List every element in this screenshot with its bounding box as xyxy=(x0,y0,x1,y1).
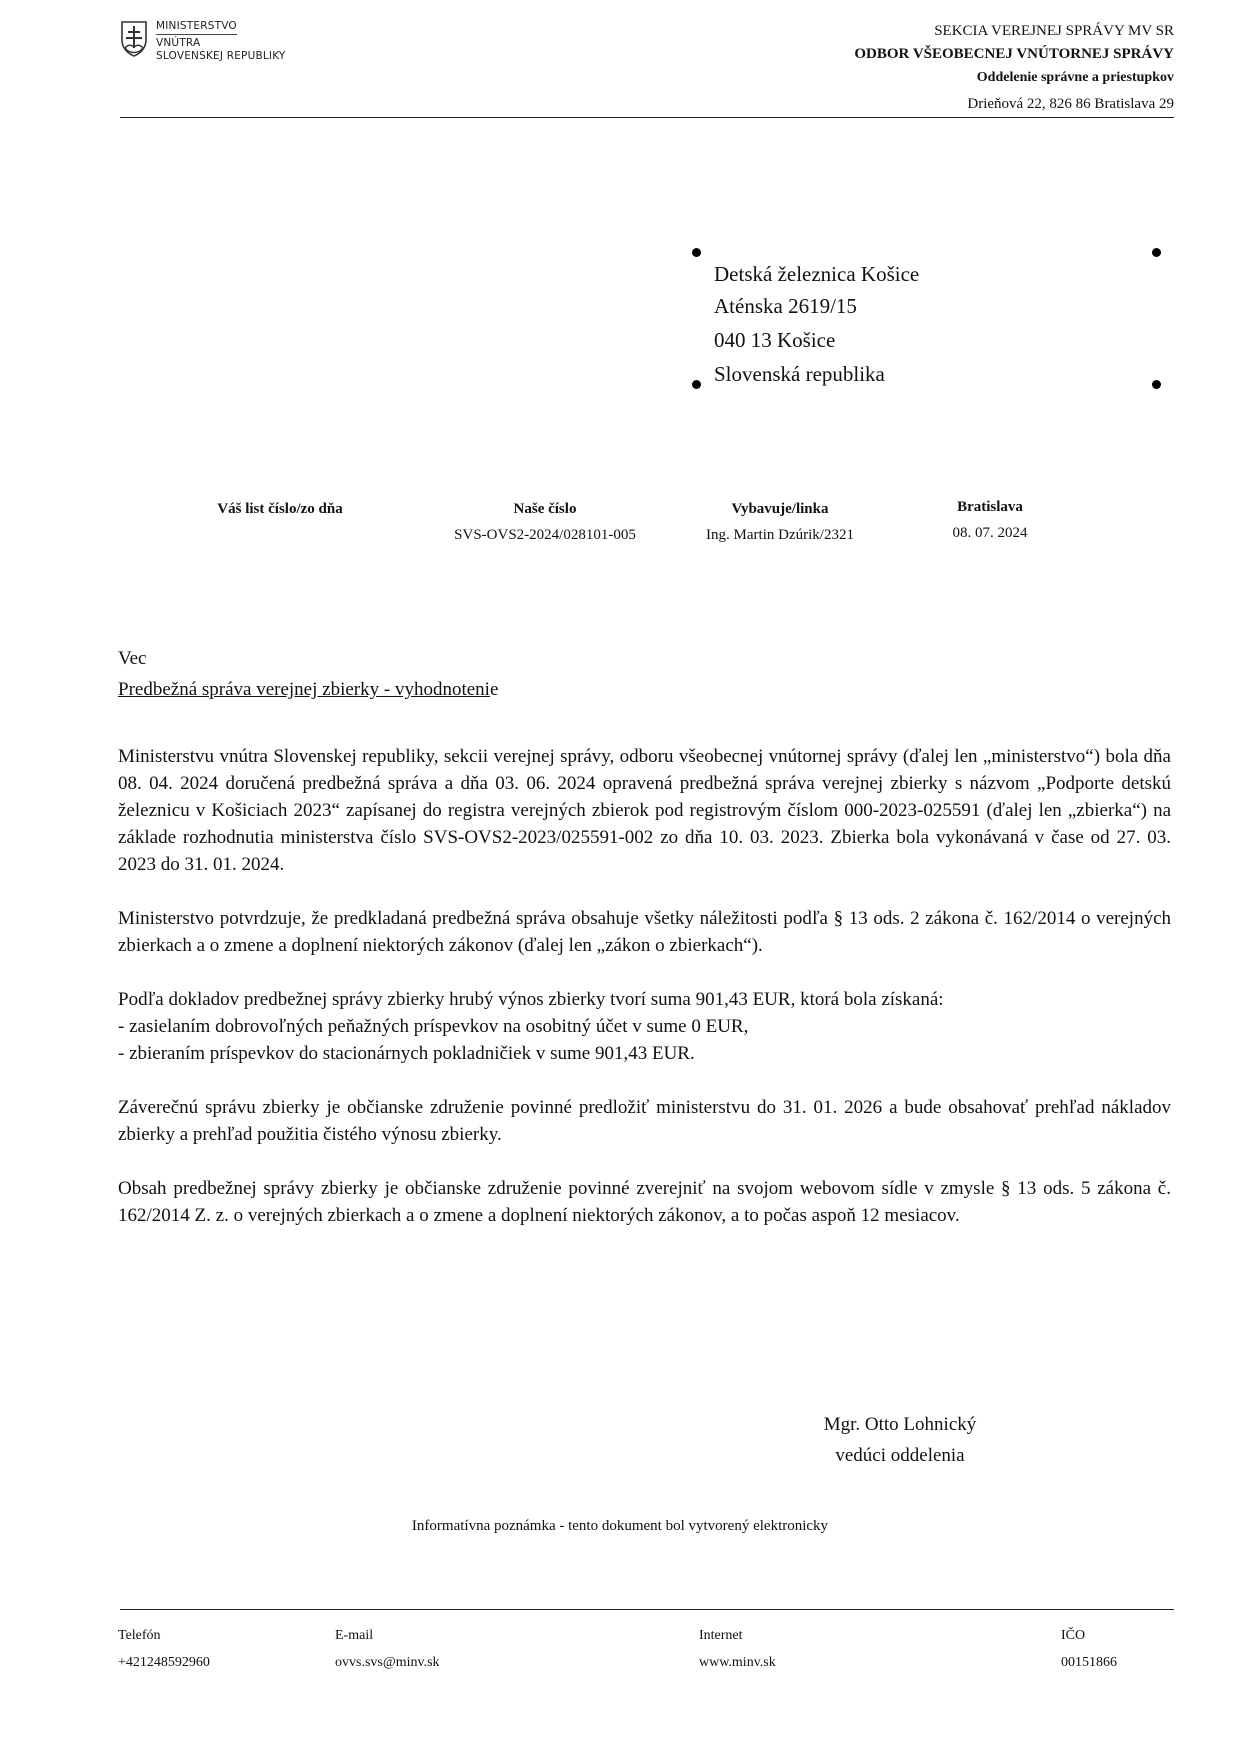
paragraph-text: Ministerstvo potvrdzuje, že predkladaná … xyxy=(118,905,1171,959)
subject-label: Vec xyxy=(118,648,146,670)
letterhead-department: SEKCIA VEREJNEJ SPRÁVY MV SR ODBOR VŠEOB… xyxy=(854,20,1174,116)
revenue-item: - zbieraním príspevkov do stacionárnych … xyxy=(118,1040,1171,1067)
header-divider xyxy=(120,117,1174,118)
our-number-value: SVS-OVS2-2024/028101-005 xyxy=(420,527,670,544)
subject-title: Predbežná správa verejnej zbierky - vyho… xyxy=(118,679,498,701)
logo-line-2: VNÚTRA xyxy=(156,37,200,49)
ministry-logo: MINISTERSTVO VNÚTRA SLOVENSKEJ REPUBLIKY xyxy=(120,20,286,63)
footer-phone: Telefón +421248592960 xyxy=(118,1622,210,1676)
paragraph-receipt: Ministerstvu vnútra Slovenskej republiky… xyxy=(118,743,1171,878)
electronic-document-note: Informatívna poznámka - tento dokument b… xyxy=(0,1518,1240,1535)
footer-web: Internet www.minv.sk xyxy=(699,1622,776,1676)
paragraph-final-report: Záverečnú správu zbierky je občianske zd… xyxy=(118,1094,1171,1148)
place-label: Bratislava xyxy=(920,499,1060,516)
department-address: Drieňová 22, 826 86 Bratislava 29 xyxy=(854,93,1174,116)
revenue-item: - zasielaním dobrovoľných peňažných prís… xyxy=(118,1013,1171,1040)
logo-line-3: SLOVENSKEJ REPUBLIKY xyxy=(156,50,286,62)
recipient-city: 040 13 Košice xyxy=(714,323,919,357)
recipient-address: Detská železnica Košice Aténska 2619/15 … xyxy=(714,259,919,391)
ico-label: IČO xyxy=(1061,1622,1117,1649)
email-value[interactable]: ovvs.svs@minv.sk xyxy=(335,1649,440,1676)
section-name: SEKCIA VEREJNEJ SPRÁVY MV SR xyxy=(854,20,1174,43)
paragraph-text: Záverečnú správu zbierky je občianske zd… xyxy=(118,1094,1171,1148)
ref-our-number: Naše číslo SVS-OVS2-2024/028101-005 xyxy=(420,501,670,544)
subject-title-underlined: Predbežná správa verejnej zbierky - vyho… xyxy=(118,679,490,700)
recipient-name: Detská železnica Košice xyxy=(714,259,919,289)
web-label: Internet xyxy=(699,1622,776,1649)
ref-your-letter: Váš list číslo/zo dňa xyxy=(170,501,390,527)
unit-name: Oddelenie správne a priestupkov xyxy=(854,66,1174,89)
revenue-intro: Podľa dokladov predbežnej správy zbierky… xyxy=(118,986,1171,1013)
phone-value: +421248592960 xyxy=(118,1649,210,1676)
paragraph-revenue: Podľa dokladov predbežnej správy zbierky… xyxy=(118,986,1171,1067)
your-letter-label: Váš list číslo/zo dňa xyxy=(170,501,390,518)
letter-date: 08. 07. 2024 xyxy=(920,525,1060,542)
web-value[interactable]: www.minv.sk xyxy=(699,1649,776,1676)
address-corner-mark xyxy=(1152,248,1161,257)
ref-handled-by: Vybavuje/linka Ing. Martin Dzúrik/2321 xyxy=(675,501,885,544)
our-number-label: Naše číslo xyxy=(420,501,670,518)
signature-block: Mgr. Otto Lohnický vedúci oddelenia xyxy=(780,1409,1020,1471)
handled-by-value: Ing. Martin Dzúrik/2321 xyxy=(675,527,885,544)
slovak-coat-of-arms-icon xyxy=(120,20,148,58)
recipient-street: Aténska 2619/15 xyxy=(714,289,919,323)
phone-label: Telefón xyxy=(118,1622,210,1649)
subject-title-tail: e xyxy=(490,679,498,700)
ref-date: Bratislava 08. 07. 2024 xyxy=(920,499,1060,542)
recipient-country: Slovenská republika xyxy=(714,357,919,391)
handled-by-label: Vybavuje/linka xyxy=(675,501,885,518)
address-corner-mark xyxy=(692,248,701,257)
paragraph-text: Ministerstvu vnútra Slovenskej republiky… xyxy=(118,743,1171,878)
email-label: E-mail xyxy=(335,1622,440,1649)
paragraph-publication: Obsah predbežnej správy zbierky je občia… xyxy=(118,1175,1171,1229)
footer-divider xyxy=(120,1609,1174,1610)
logo-line-1: MINISTERSTVO xyxy=(156,20,237,35)
address-corner-mark xyxy=(1152,380,1161,389)
ico-value: 00151866 xyxy=(1061,1649,1117,1676)
footer-email: E-mail ovvs.svs@minv.sk xyxy=(335,1622,440,1676)
paragraph-text: Obsah predbežnej správy zbierky je občia… xyxy=(118,1175,1171,1229)
department-name: ODBOR VŠEOBECNEJ VNÚTORNEJ SPRÁVY xyxy=(854,43,1174,66)
signatory-title: vedúci oddelenia xyxy=(780,1440,1020,1471)
paragraph-confirmation: Ministerstvo potvrdzuje, že predkladaná … xyxy=(118,905,1171,959)
footer-ico: IČO 00151866 xyxy=(1061,1622,1117,1676)
address-corner-mark xyxy=(692,380,701,389)
signatory-name: Mgr. Otto Lohnický xyxy=(780,1409,1020,1440)
